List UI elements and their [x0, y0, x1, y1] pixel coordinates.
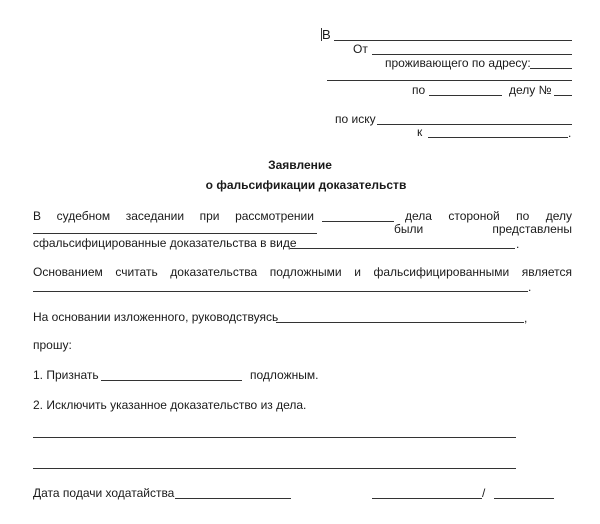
period: .	[528, 280, 531, 294]
word: были	[394, 222, 423, 236]
blank-line-1[interactable]	[33, 437, 516, 438]
evidence-form-field[interactable]	[290, 248, 515, 249]
p1-line2: были представлены	[394, 222, 572, 236]
word: считать	[115, 265, 157, 279]
grounds-field[interactable]	[33, 291, 528, 292]
word: фальсифицированными	[373, 265, 509, 279]
p1-line3: сфальсифицированные доказательства в вид…	[33, 236, 297, 250]
word: и	[354, 265, 361, 279]
p1-line1-end: дела стороной по делу	[405, 209, 572, 223]
p1-line1-start: В судебном заседании при рассмотрении	[33, 209, 314, 223]
case-number-field[interactable]	[554, 95, 572, 96]
to-label: В	[320, 28, 331, 42]
legal-basis-field[interactable]	[276, 322, 524, 323]
to-field[interactable]	[334, 40, 572, 41]
address-field-1[interactable]	[530, 68, 572, 69]
blank-line-2[interactable]	[33, 468, 516, 469]
word: стороной	[448, 209, 499, 223]
period: .	[516, 237, 519, 251]
against-field[interactable]	[428, 137, 568, 138]
from-field[interactable]	[372, 54, 572, 55]
word: подложными	[270, 265, 342, 279]
request-item-2: 2. Исключить указанное доказательство из…	[33, 398, 306, 412]
word: заседании	[126, 209, 184, 223]
case-type-field[interactable]	[322, 221, 394, 222]
case-details-field[interactable]	[33, 233, 317, 234]
signature-name-field[interactable]	[494, 498, 554, 499]
document-subtitle: о фальсификации доказательств	[0, 178, 600, 192]
address-field-2[interactable]	[327, 80, 572, 81]
word: дела	[405, 209, 432, 223]
case-number-label: делу №	[509, 83, 552, 97]
from-label: От	[353, 42, 368, 56]
period: .	[568, 126, 571, 140]
comma: ,	[524, 311, 527, 325]
word: В	[33, 209, 41, 223]
request-label: прошу:	[33, 338, 72, 352]
word: судебном	[57, 209, 111, 223]
word: при	[200, 209, 220, 223]
case-by-label: по	[412, 83, 425, 97]
against-label: к	[417, 125, 422, 139]
signature-field[interactable]	[372, 498, 482, 499]
request-item-1-prefix: 1. Признать	[33, 368, 99, 382]
word: по	[516, 209, 529, 223]
date-label: Дата подачи ходатайства	[33, 486, 174, 500]
document-title: Заявление	[0, 158, 600, 172]
forged-evidence-field[interactable]	[101, 380, 242, 381]
address-label: проживающего по адресу:	[385, 56, 531, 70]
p3-text: На основании изложенного, руководствуясь	[33, 310, 278, 324]
signature-separator: /	[482, 486, 485, 500]
word: является	[522, 265, 572, 279]
case-by-field[interactable]	[429, 95, 502, 96]
word: рассмотрении	[235, 209, 314, 223]
word: делу	[546, 209, 572, 223]
lawsuit-field[interactable]	[377, 124, 572, 125]
lawsuit-label: по иску	[335, 112, 376, 126]
word: представлены	[492, 222, 572, 236]
word: доказательства	[170, 265, 257, 279]
word: Основанием	[33, 265, 103, 279]
p2-line1: Основанием считать доказательства подлож…	[33, 265, 572, 279]
date-field[interactable]	[175, 498, 291, 499]
request-item-1-suffix: подложным.	[250, 368, 318, 382]
